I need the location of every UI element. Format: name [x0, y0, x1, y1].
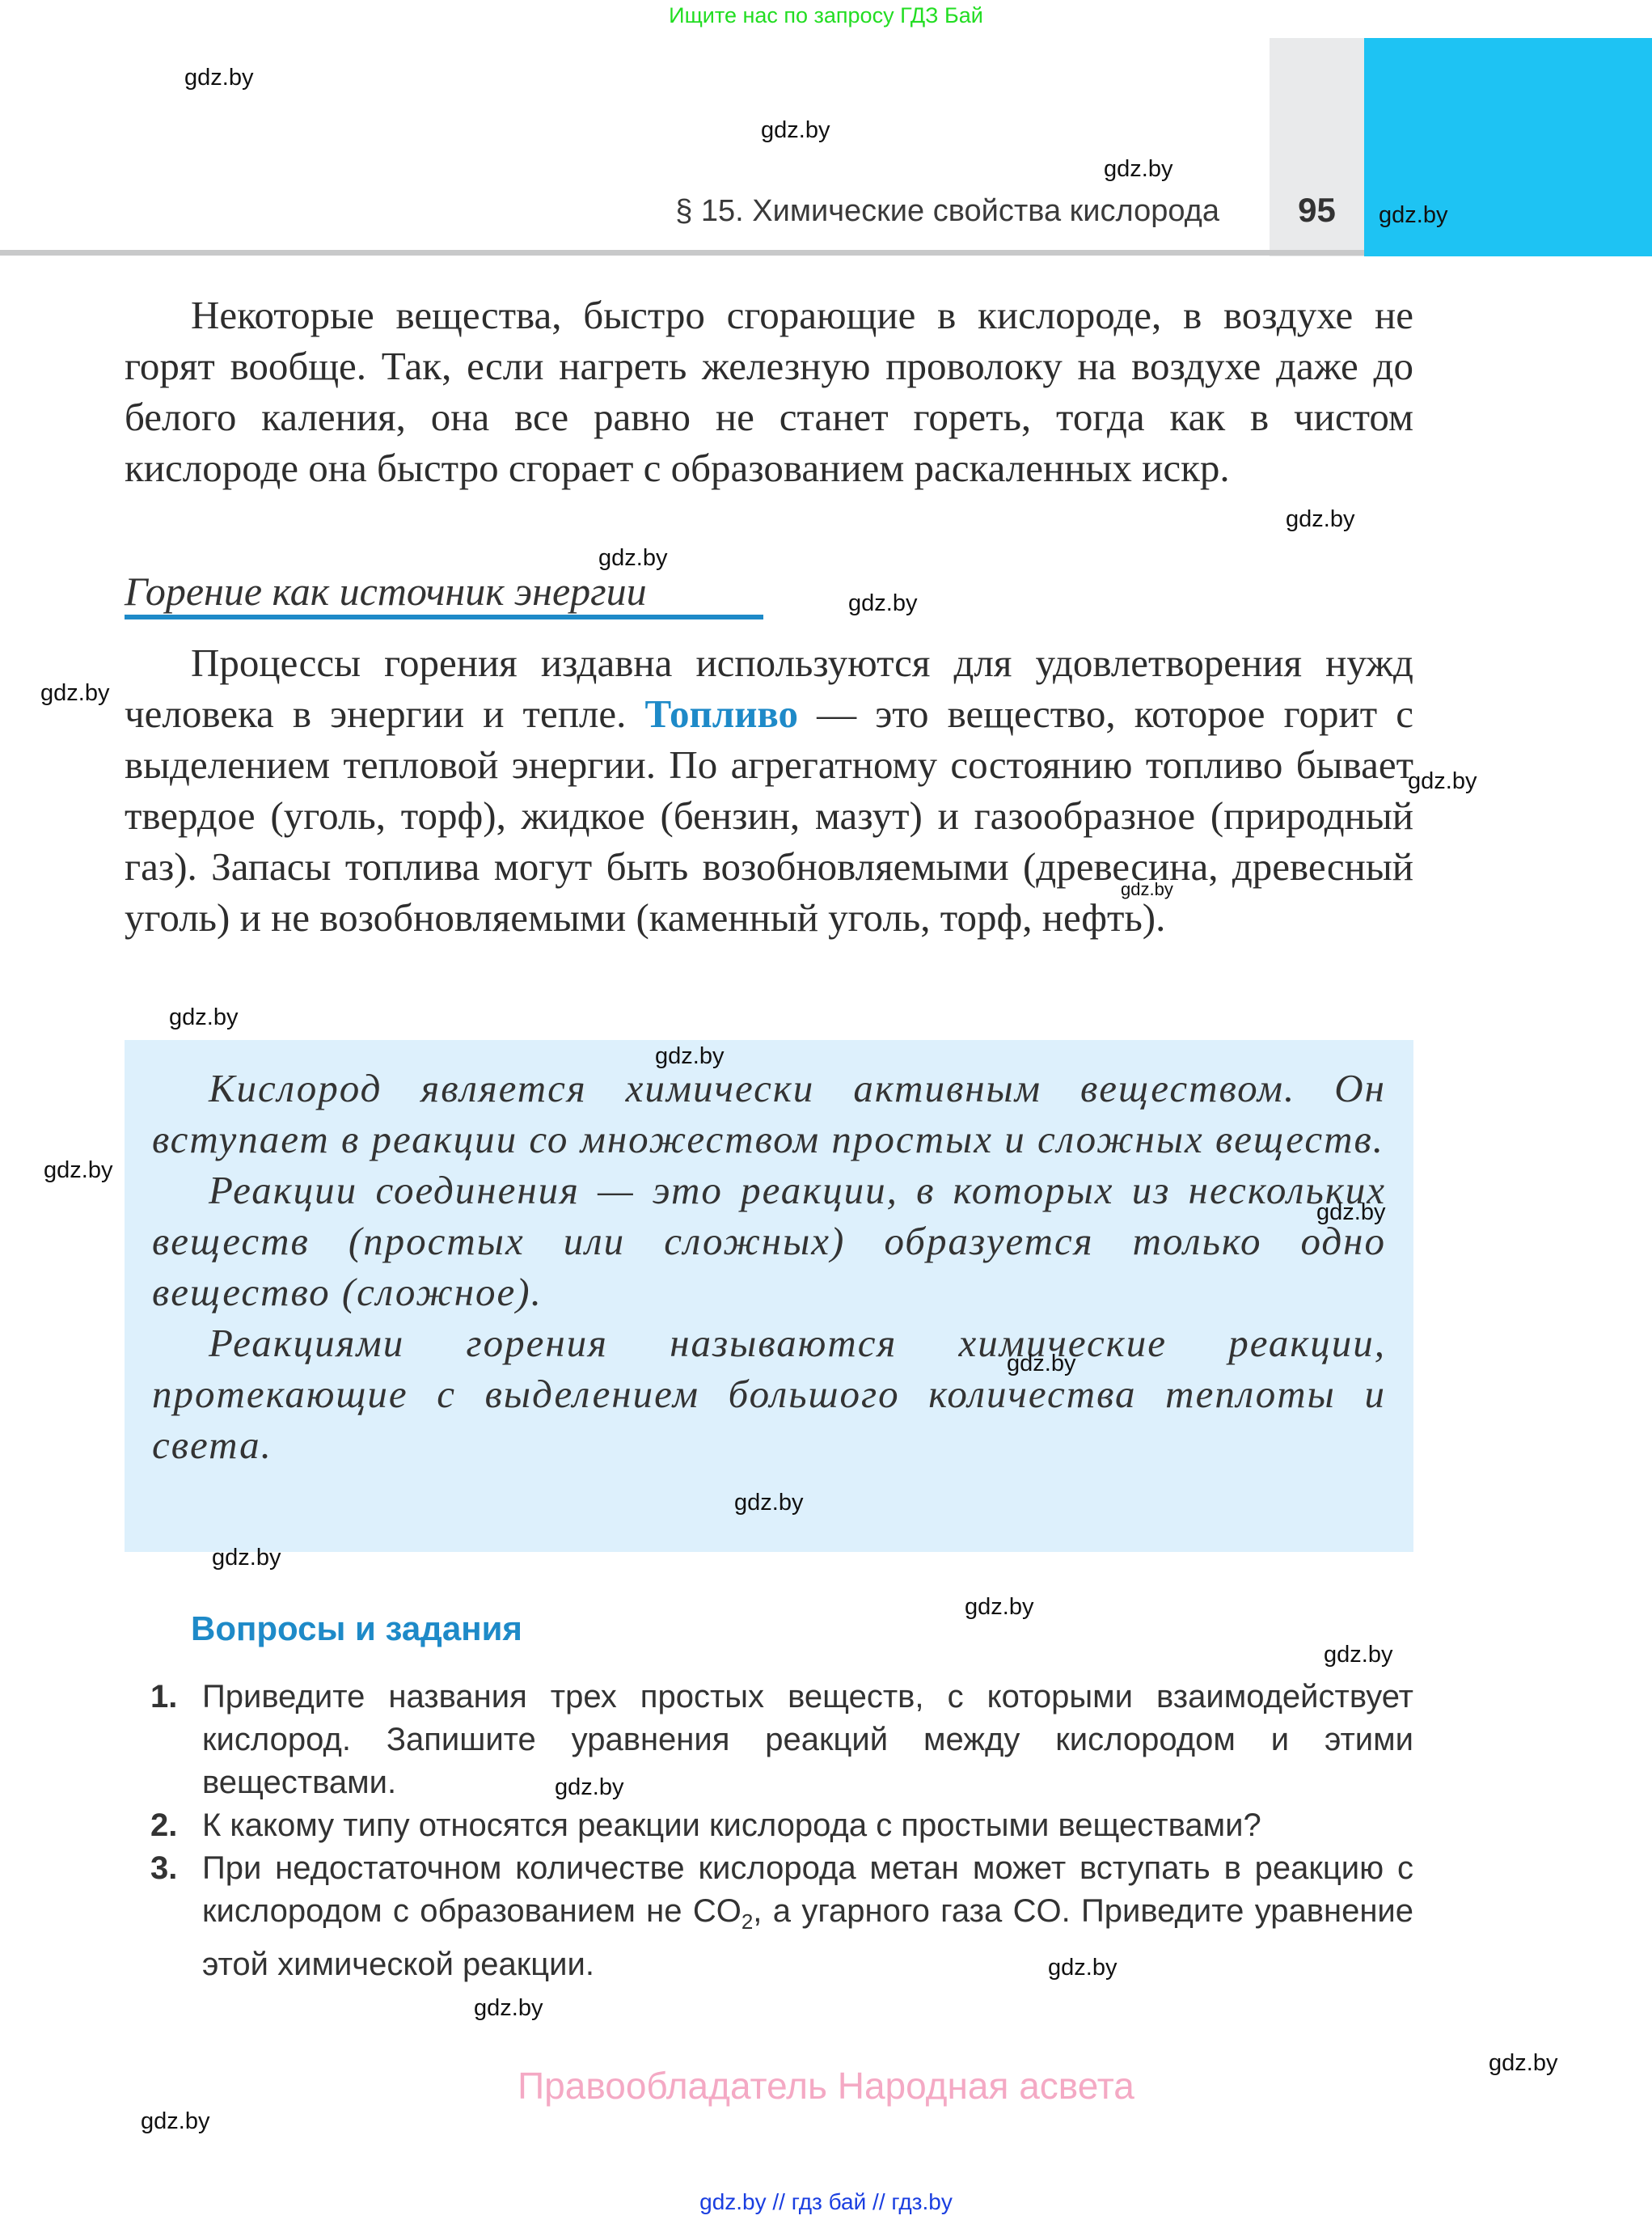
summary-item: Реакциями горения называются химические …: [152, 1317, 1386, 1470]
watermark: gdz.by: [848, 590, 917, 617]
paragraph-intro: Некоторые вещества, быстро сгорающие в к…: [125, 290, 1413, 493]
summary-item: Реакции соединения — это реакции, в кото…: [152, 1165, 1386, 1317]
question-text: Приведите названия трех простых веществ,…: [202, 1676, 1413, 1804]
question-text: При недостаточном количестве кислорода м…: [202, 1847, 1413, 1986]
watermark: gdz.by: [734, 1490, 803, 1516]
watermark: gdz.by: [40, 680, 109, 707]
watermark: gdz.by: [1489, 2050, 1557, 2077]
question-item: 2. К какому типу относятся реакции кисло…: [150, 1804, 1413, 1847]
paragraph-fuel: Процессы горения издавна используются дл…: [125, 637, 1413, 943]
copyright-notice: Правообладатель Народная асвета: [0, 2064, 1652, 2108]
watermark: gdz.by: [212, 1545, 281, 1571]
watermark: gdz.by: [1408, 768, 1477, 795]
watermark: gdz.by: [1324, 1642, 1392, 1668]
term-fuel: Топливо: [644, 691, 798, 736]
watermark: gdz.by: [965, 1594, 1033, 1621]
summary-item: Кислород является химически активным вещ…: [152, 1063, 1386, 1165]
watermark: gdz.by: [761, 117, 830, 144]
watermark: gdz.by: [655, 1043, 724, 1070]
watermark: gdz.by: [1121, 879, 1173, 900]
watermark: gdz.by: [1048, 1955, 1117, 1981]
watermark: gdz.by: [1104, 156, 1172, 183]
questions-heading: Вопросы и задания: [191, 1609, 522, 1648]
watermark: gdz.by: [474, 1995, 543, 2022]
watermark: gdz.by: [1379, 202, 1447, 229]
questions-list: 1. Приведите названия трех простых вещес…: [150, 1676, 1413, 1986]
question-item: 3. При недостаточном количестве кислород…: [150, 1847, 1413, 1986]
watermark: gdz.by: [184, 65, 253, 91]
paragraph-text: Процессы горения издавна используются дл…: [125, 637, 1413, 943]
running-head: § 15. Химические свойства кислорода: [675, 194, 1219, 229]
summary-text: Кислород является химически активным вещ…: [152, 1063, 1386, 1470]
question-number: 2.: [150, 1804, 202, 1847]
subheading-underline: [125, 615, 763, 619]
top-banner: Ищите нас по запросу ГДЗ Бай: [0, 3, 1652, 28]
question-number: 1.: [150, 1676, 202, 1804]
question-item: 1. Приведите названия трех простых вещес…: [150, 1676, 1413, 1804]
watermark: gdz.by: [44, 1157, 112, 1184]
footer-links[interactable]: gdz.by // гдз бай // гдз.by: [0, 2189, 1652, 2215]
watermark: gdz.by: [598, 545, 667, 572]
question-text: К какому типу относятся реакции кислород…: [202, 1804, 1413, 1847]
watermark: gdz.by: [169, 1004, 238, 1031]
watermark: gdz.by: [1286, 506, 1354, 533]
question-number: 3.: [150, 1847, 202, 1986]
section-subheading: Горение как источник энергии: [125, 568, 647, 615]
watermark: gdz.by: [1007, 1351, 1075, 1377]
watermark: gdz.by: [555, 1774, 623, 1801]
paragraph-text: Некоторые вещества, быстро сгорающие в к…: [125, 290, 1413, 493]
watermark: gdz.by: [141, 2108, 209, 2135]
header-rule: [0, 250, 1364, 256]
subscript: 2: [741, 1909, 753, 1934]
page-number: 95: [1270, 191, 1364, 230]
watermark: gdz.by: [1316, 1199, 1385, 1226]
